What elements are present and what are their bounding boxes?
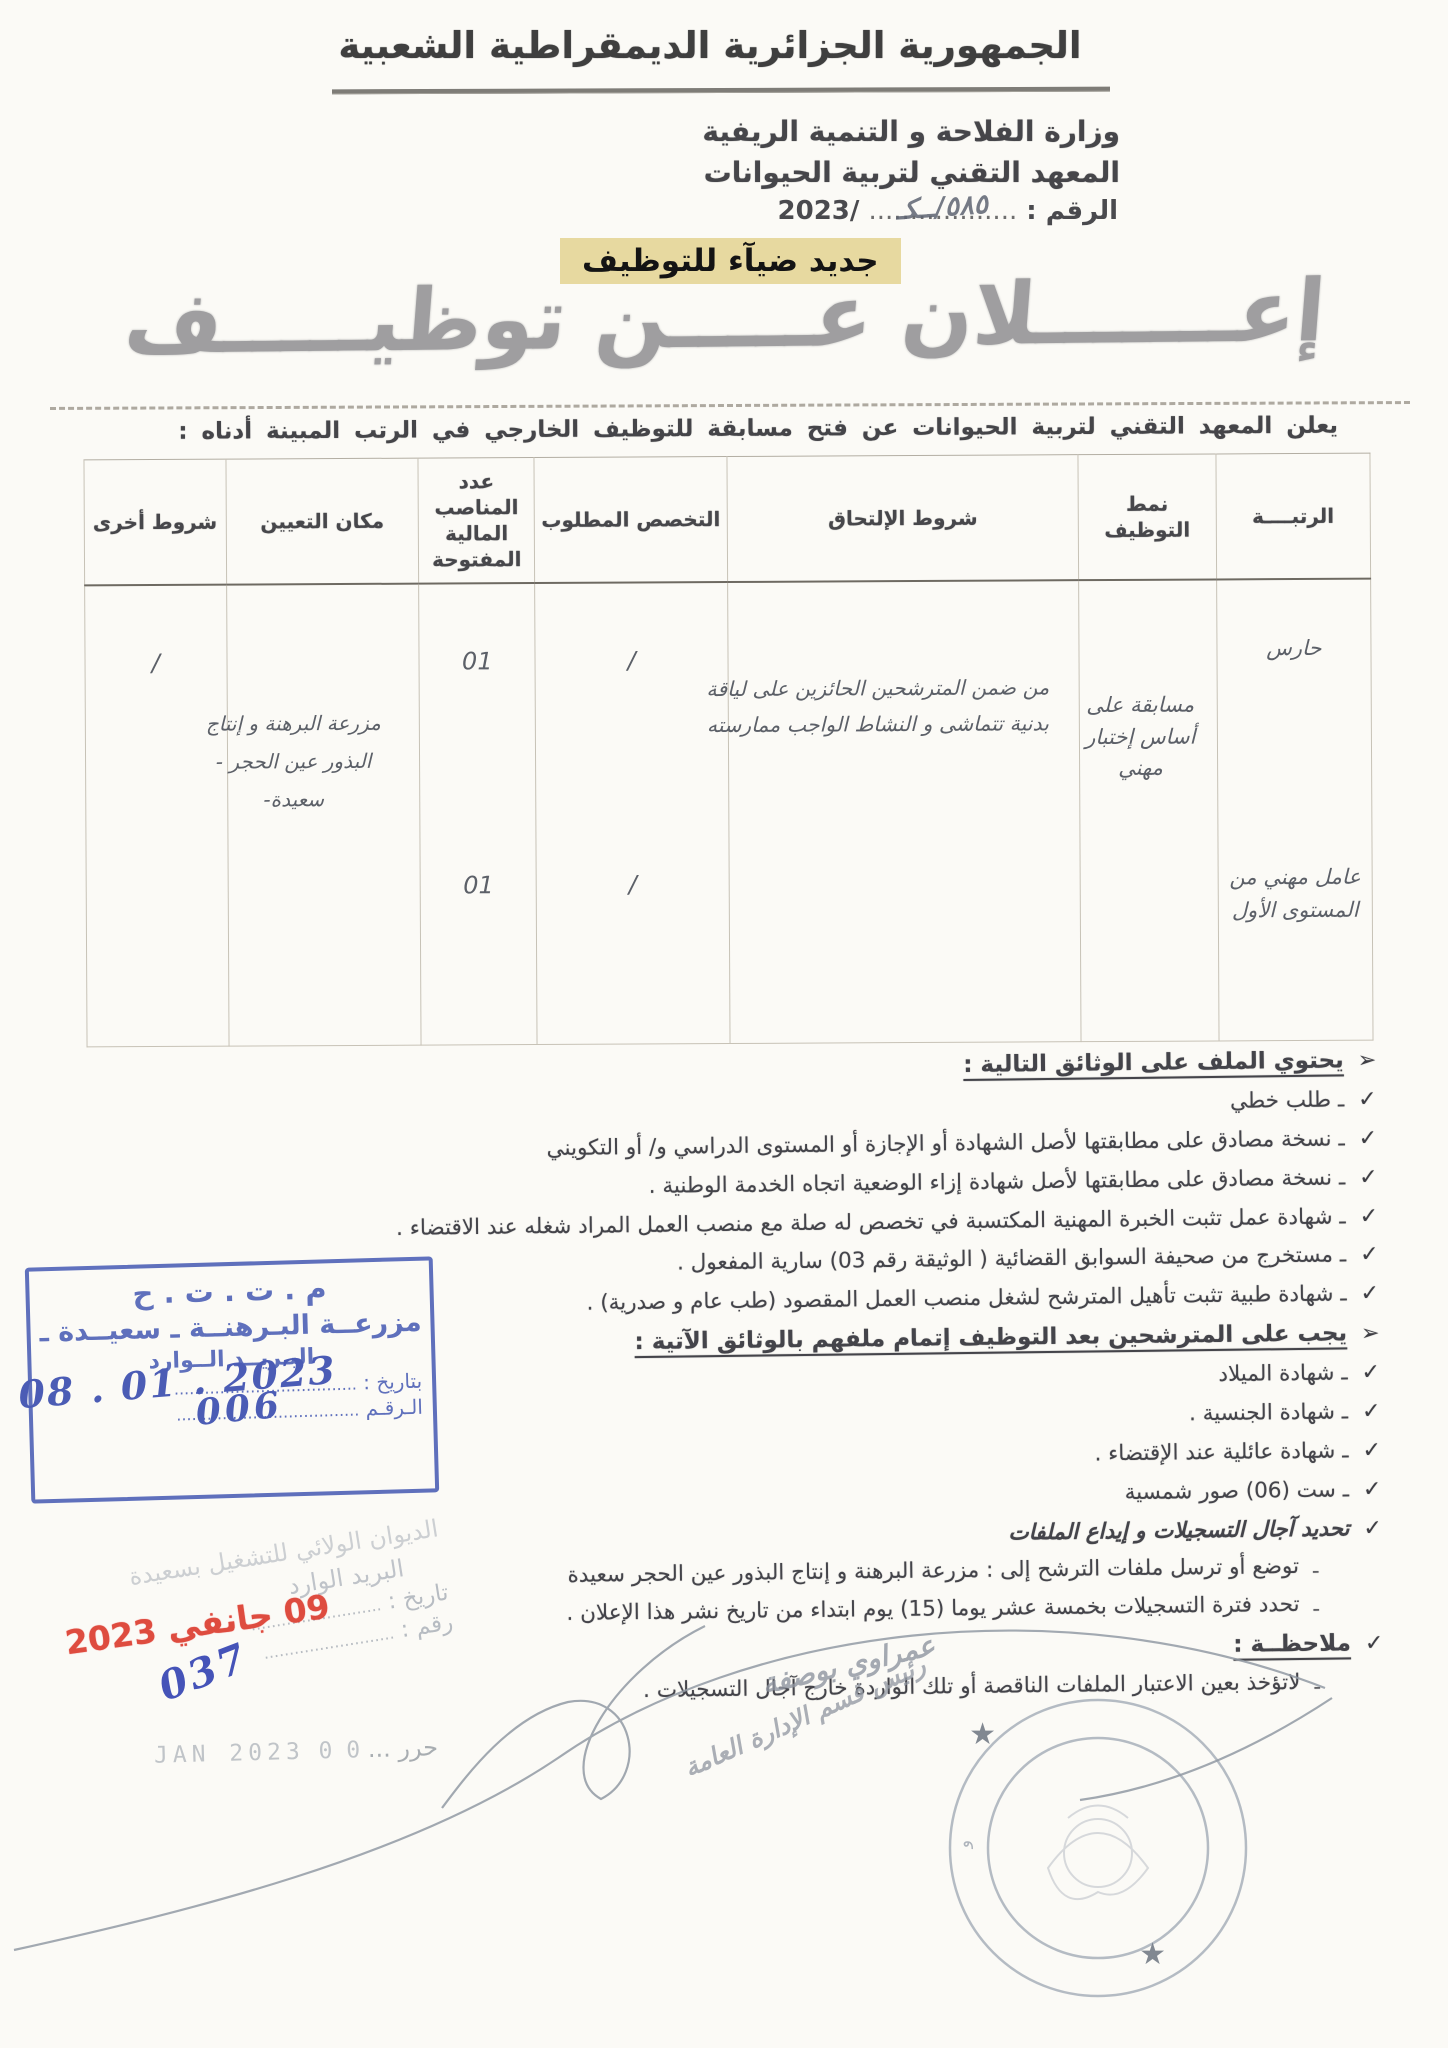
checklist-item: ✓ـ طلب خطي: [41, 1086, 1377, 1130]
specialty-row1: /: [537, 642, 727, 679]
header-other: شروط أخرى: [84, 459, 226, 585]
seal-ring-text: وزارة الفلاحة و التنمية الريفية ✶ المعهد…: [938, 1688, 974, 1849]
checklist-heading-file: ➢يحتوي الملف على الوثائق التالية :: [40, 1046, 1376, 1091]
check-icon: ✓: [1359, 1202, 1378, 1230]
cell-mode: مسابقة على أساس إختبار مهني: [1079, 579, 1219, 1041]
check-icon: ✓: [1361, 1359, 1380, 1387]
ministry-line: وزارة الفلاحة و التنمية الريفية: [702, 112, 1120, 153]
recruitment-mode: مسابقة على أساس إختبار مهني: [1065, 689, 1216, 784]
announcement-title: إعـــــــلان عـــــن توظيـــــف: [51, 260, 1400, 374]
dash-bullet: ـ: [1313, 1595, 1319, 1618]
cell-other: /: [85, 585, 229, 1047]
cell-place: مزرعة البرهنة و إنتاج البذور عين الحجر -…: [226, 584, 421, 1047]
header-mode: نمط التوظيف: [1078, 454, 1216, 580]
dash-bullet: ـ: [1313, 1557, 1319, 1580]
rank-professional-worker: عامل مهني من المستوى الأول: [1219, 860, 1371, 928]
reference-number-line: الرقم : .................. /2023 ٥٨٥/ــك…: [778, 196, 1118, 226]
header-place: مكان التعيين: [225, 458, 419, 585]
table-header-row: الرتبــــة نمط التوظيف شروط الإلتحاق الت…: [84, 453, 1371, 585]
title-dashed-rule: [50, 401, 1410, 410]
rank-guard: حارس: [1218, 633, 1369, 665]
stamp-handwritten-number: 006: [194, 1384, 285, 1434]
check-icon: ✓: [1360, 1280, 1379, 1308]
header-rank: الرتبــــة: [1216, 453, 1371, 579]
cell-conditions: من ضمن المترشحين الحائزين على لياقة بدني…: [728, 580, 1081, 1043]
check-icon: ✓: [1362, 1398, 1381, 1426]
positions-row2: 01: [422, 867, 535, 904]
check-icon: ✓: [1359, 1164, 1378, 1192]
specialty-row2: /: [538, 866, 728, 903]
header-conditions: شروط الإلتحاق: [727, 455, 1079, 582]
reference-handwritten: ٥٨٥/ــكـ: [895, 189, 989, 226]
scanned-job-announcement-page: الجمهورية الجزائرية الديمقراطية الشعبية …: [0, 0, 1448, 2048]
stamp-initials: م . ت . ت . ح: [29, 1268, 430, 1313]
cell-specialty: / /: [535, 582, 730, 1045]
republic-title: الجمهورية الجزائرية الديمقراطية الشعبية: [290, 24, 1130, 67]
check-icon: ✓: [1363, 1476, 1382, 1504]
seal-star-icon: ★: [969, 1717, 996, 1752]
seal-star-icon: ★: [1139, 1937, 1166, 1972]
header-positions: عدد المناصب المالية المفتوحة: [418, 458, 534, 584]
dash-bullet: ـ: [1314, 1673, 1320, 1696]
ministry-block: وزارة الفلاحة و التنمية الريفية المعهد ا…: [702, 112, 1120, 193]
cell-positions: 01 01: [419, 583, 537, 1045]
check-icon: ✓: [1365, 1630, 1384, 1658]
reference-label: الرقم :: [1026, 196, 1118, 226]
checklist-item: ✓ـ نسخة مصادق على مطابقتها لأصل الشهادة …: [41, 1125, 1377, 1169]
intro-line: يعلن المعهد التقني لتربية الحيوانات عن ف…: [70, 413, 1338, 446]
table-body-row: حارس عامل مهني من المستوى الأول مسابقة ع…: [85, 579, 1373, 1047]
svg-text:وزارة الفلاحة و التنمية الريفي: وزارة الفلاحة و التنمية الريفية ✶ المعهد…: [938, 1688, 974, 1849]
positions-row1: 01: [421, 643, 534, 680]
reference-year: /2023: [778, 196, 860, 226]
seal-center-emblem: [1048, 1806, 1148, 1900]
arrow-bullet-icon: ➢: [1358, 1047, 1377, 1075]
round-official-seal: وزارة الفلاحة و التنمية الريفية ✶ المعهد…: [938, 1688, 1258, 2008]
title-underline: [332, 87, 1110, 95]
institute-line: المعهد التقني لتربية الحيوانات: [702, 153, 1120, 194]
issued-on-line: حرر ... 0 0 JAN 2023: [78, 1733, 439, 1770]
issued-label: حرر ...: [367, 1733, 438, 1763]
checklist-item: ✓ـ شهادة عمل تثبت الخبرة المهنية المكتسب…: [42, 1202, 1378, 1246]
check-icon: ✓: [1359, 1125, 1378, 1153]
check-icon: ✓: [1363, 1514, 1382, 1542]
header-specialty: التخصص المطلوب: [534, 457, 728, 584]
arrow-bullet-icon: ➢: [1361, 1320, 1380, 1348]
date-machine-stamp: 0 0 JAN 2023: [154, 1737, 361, 1768]
check-icon: ✓: [1362, 1437, 1381, 1465]
check-icon: ✓: [1358, 1086, 1377, 1114]
cell-rank: حارس عامل مهني من المستوى الأول: [1216, 579, 1373, 1041]
check-icon: ✓: [1360, 1241, 1379, 1269]
other-conditions-row1: /: [86, 645, 225, 682]
jobs-table: الرتبــــة نمط التوظيف شروط الإلتحاق الت…: [83, 453, 1373, 1048]
checklist-item: ✓ـ نسخة مصادق على مطابقتها لأصل شهادة إز…: [42, 1164, 1378, 1208]
blue-incoming-mail-stamp: م . ت . ت . ح مزرعــة البـرهنــة ـ سعيــ…: [25, 1256, 439, 1503]
joining-conditions: من ضمن المترشحين الحائزين على لياقة بدني…: [678, 670, 1078, 744]
